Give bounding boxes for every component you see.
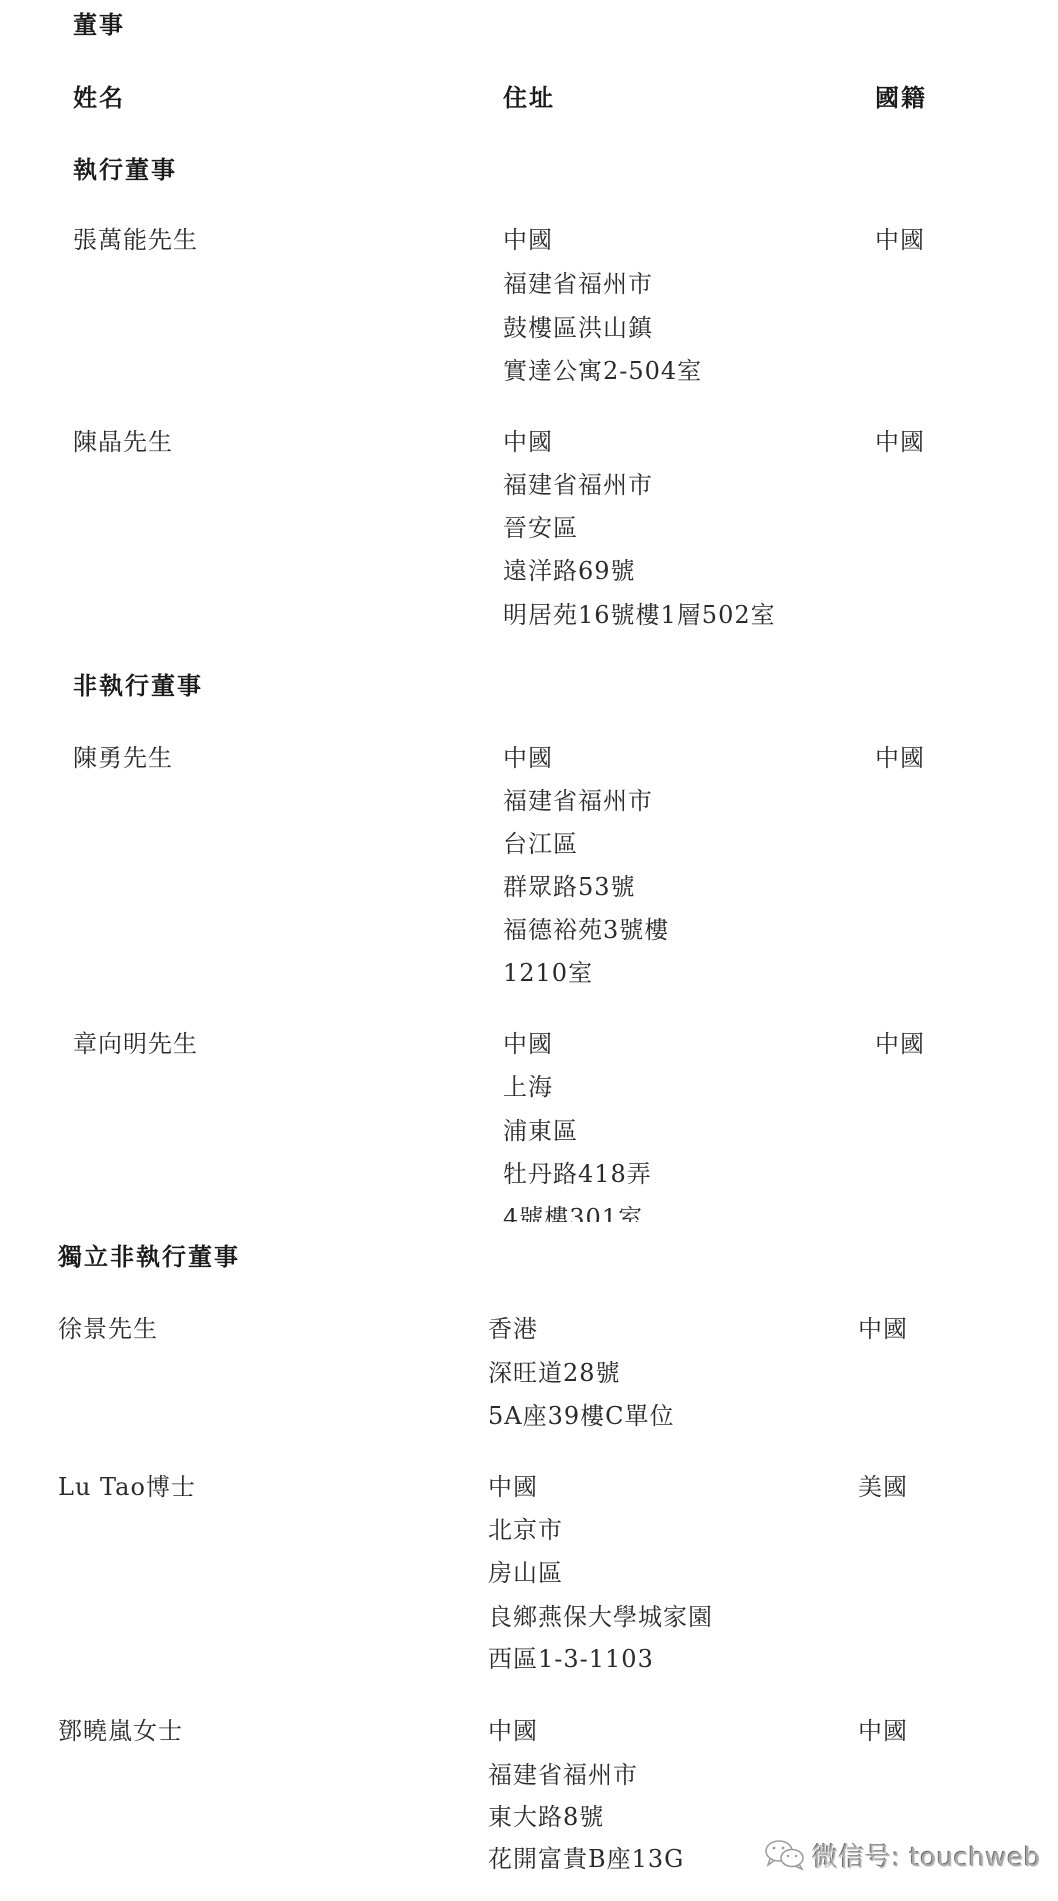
watermark-text: 微信号: touchweb — [812, 1837, 1041, 1874]
address-line: 福德裕苑3號樓 — [503, 915, 669, 945]
section-heading-non-executive: 非執行董事 — [73, 671, 203, 701]
address-line: 中國 — [503, 225, 553, 255]
director-name: 章向明先生 — [73, 1029, 198, 1059]
address-line: 晉安區 — [503, 513, 578, 543]
address-line: 鼓樓區洪山鎮 — [503, 313, 653, 343]
column-header-address: 住址 — [503, 83, 555, 113]
section-heading-independent-non-executive: 獨立非執行董事 — [58, 1242, 240, 1272]
address-line: 福建省福州市 — [503, 786, 653, 816]
address-line: 1210室 — [503, 958, 593, 988]
address-line: 中國 — [488, 1472, 538, 1502]
director-nationality: 中國 — [858, 1716, 908, 1746]
address-line: 實達公寓2-504室 — [503, 356, 702, 386]
directors-page-lower: 獨立非執行董事 徐景先生 香港 深旺道28號 5A座39樓C單位 中國 Lu T… — [0, 1222, 1058, 1901]
address-line: 台江區 — [503, 829, 578, 859]
directors-page-upper: 董事 姓名 住址 國籍 執行董事 張萬能先生 中國 福建省福州市 鼓樓區洪山鎮 … — [0, 0, 1058, 1222]
director-name: 徐景先生 — [58, 1314, 158, 1344]
director-nationality: 中國 — [875, 427, 925, 457]
address-line: 群眾路53號 — [503, 872, 636, 902]
address-line: 明居苑16號樓1層502室 — [503, 600, 776, 630]
director-nationality: 中國 — [875, 225, 925, 255]
address-line: 牡丹路418弄 — [503, 1159, 652, 1189]
director-name: Lu Tao博士 — [58, 1472, 196, 1502]
director-name: 鄧曉嵐女士 — [58, 1716, 183, 1746]
director-nationality: 中國 — [875, 1029, 925, 1059]
address-line: 上海 — [503, 1072, 553, 1102]
address-line: 房山區 — [488, 1558, 563, 1588]
address-line: 中國 — [503, 427, 553, 457]
director-nationality: 美國 — [858, 1472, 908, 1502]
director-name: 陳勇先生 — [73, 743, 173, 773]
address-line: 花開富貴B座13G — [488, 1844, 684, 1874]
address-line: 良鄉燕保大學城家園 — [488, 1602, 713, 1632]
address-line: 中國 — [503, 1029, 553, 1059]
address-line: 福建省福州市 — [488, 1760, 638, 1790]
director-name: 張萬能先生 — [73, 225, 198, 255]
section-heading-executive: 執行董事 — [73, 155, 177, 185]
address-line: 香港 — [488, 1314, 538, 1344]
address-line: 福建省福州市 — [503, 269, 653, 299]
director-name: 陳晶先生 — [73, 427, 173, 457]
address-line: 西區1-3-1103 — [488, 1644, 654, 1674]
address-line: 5A座39樓C單位 — [488, 1401, 675, 1431]
wechat-watermark: 微信号: touchweb — [764, 1838, 1041, 1872]
wechat-icon — [764, 1839, 806, 1871]
address-line: 中國 — [488, 1716, 538, 1746]
address-line: 北京市 — [488, 1515, 563, 1545]
address-line: 東大路8號 — [488, 1802, 604, 1832]
address-line: 深旺道28號 — [488, 1358, 621, 1388]
address-line: 福建省福州市 — [503, 470, 653, 500]
page-title: 董事 — [73, 10, 125, 40]
director-nationality: 中國 — [858, 1314, 908, 1344]
column-header-name: 姓名 — [73, 83, 125, 113]
address-line: 浦東區 — [503, 1116, 578, 1146]
address-line: 4號樓301室 — [503, 1203, 643, 1222]
address-line: 遠洋路69號 — [503, 556, 636, 586]
director-nationality: 中國 — [875, 743, 925, 773]
column-header-nationality: 國籍 — [875, 83, 927, 113]
address-line: 中國 — [503, 743, 553, 773]
